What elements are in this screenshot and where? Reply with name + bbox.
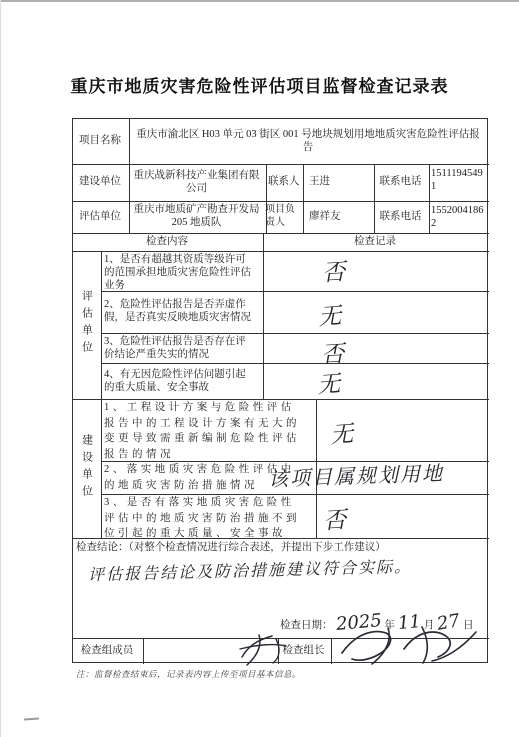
builder-name: 重庆战新科技产业集团有限公司 bbox=[128, 163, 265, 200]
check-item: 3、危险性评估报告是否存在评价结论严重失实的情况 bbox=[100, 332, 262, 362]
group-label-assessor: 评估单位 bbox=[72, 250, 100, 398]
assessor-name: 重庆市地质矿产勘查开发局 205 地质队 bbox=[128, 200, 265, 232]
date-label: 检查日期： bbox=[280, 617, 333, 632]
member-signature bbox=[228, 633, 300, 667]
content-header: 检查内容 bbox=[72, 232, 262, 250]
check-item: 1、工程设计方案与危险性评估报告中的工程设计方案有无大的变更导致需重新编制危险性… bbox=[100, 398, 315, 460]
check-item: 4、有无因危险性评估问题引起的重大质量、安全事故 bbox=[100, 362, 262, 398]
scanned-form-page: 重庆市地质灾害危险性评估项目监督检查记录表 项目名称 重庆市渝北区 H03 单元… bbox=[0, 0, 519, 737]
grid-line bbox=[331, 638, 332, 664]
record-header: 检查记录 bbox=[262, 232, 488, 250]
builder-phone-label: 联系电话 bbox=[373, 163, 428, 200]
footnote: 注：监督检查结束后，记录表内容上传至项目基本信息。 bbox=[76, 668, 496, 680]
group-label-builder: 建设单位 bbox=[72, 398, 100, 537]
assessor-contact: 廖祥友 bbox=[302, 200, 373, 232]
grid-line bbox=[263, 233, 264, 399]
handwritten-record: 无 bbox=[329, 415, 354, 450]
handwritten-record: 否 bbox=[322, 501, 347, 536]
members-label: 检查组成员 bbox=[72, 637, 142, 663]
scan-corner-mark bbox=[24, 717, 39, 720]
scan-edge-top bbox=[0, 0, 519, 2]
form-title: 重庆市地质灾害危险性评估项目监督检查记录表 bbox=[0, 72, 519, 97]
project-name-label: 项目名称 bbox=[72, 118, 128, 163]
assessor-phone: 15520041862 bbox=[428, 200, 488, 232]
assessor-phone-label: 联系电话 bbox=[373, 200, 428, 232]
handwritten-record: 该项目属规划用地 bbox=[268, 457, 445, 492]
check-item: 2、危险性评估报告是否弄虚作假，是否真实反映地质灾害情况 bbox=[100, 290, 262, 332]
grid-line bbox=[143, 638, 144, 664]
scan-edge-left bbox=[0, 0, 1, 737]
builder-contact: 王进 bbox=[302, 163, 373, 200]
project-name-value: 重庆市渝北区 H03 单元 03 街区 001 号地块规划用地地质灾害危险性评估… bbox=[130, 119, 486, 163]
handwritten-record: 无 bbox=[317, 297, 342, 332]
assessor-label: 评估单位 bbox=[72, 200, 128, 232]
handwritten-record: 否 bbox=[321, 253, 346, 288]
leader-signature bbox=[334, 623, 484, 667]
builder-phone: 15111945491 bbox=[428, 163, 488, 200]
conclusion-label: 检查结论：（对整个检查情况进行综合表述，并提出下步工作建议） bbox=[76, 541, 484, 556]
check-item: 3、是否有落实地质灾害危险性评估中的地质灾害防治措施不到位引起的重大质量、安全事… bbox=[100, 493, 315, 537]
assessor-contact-label: 项目负责人 bbox=[262, 200, 304, 232]
builder-label: 建设单位 bbox=[72, 163, 128, 200]
builder-contact-label: 联系人 bbox=[265, 163, 302, 200]
handwritten-record: 无 bbox=[316, 365, 341, 400]
check-item: 1、是否有超越其资质等级许可的范围承担地质灾害危险性评估业务 bbox=[100, 250, 262, 290]
handwritten-record: 否 bbox=[320, 335, 345, 370]
